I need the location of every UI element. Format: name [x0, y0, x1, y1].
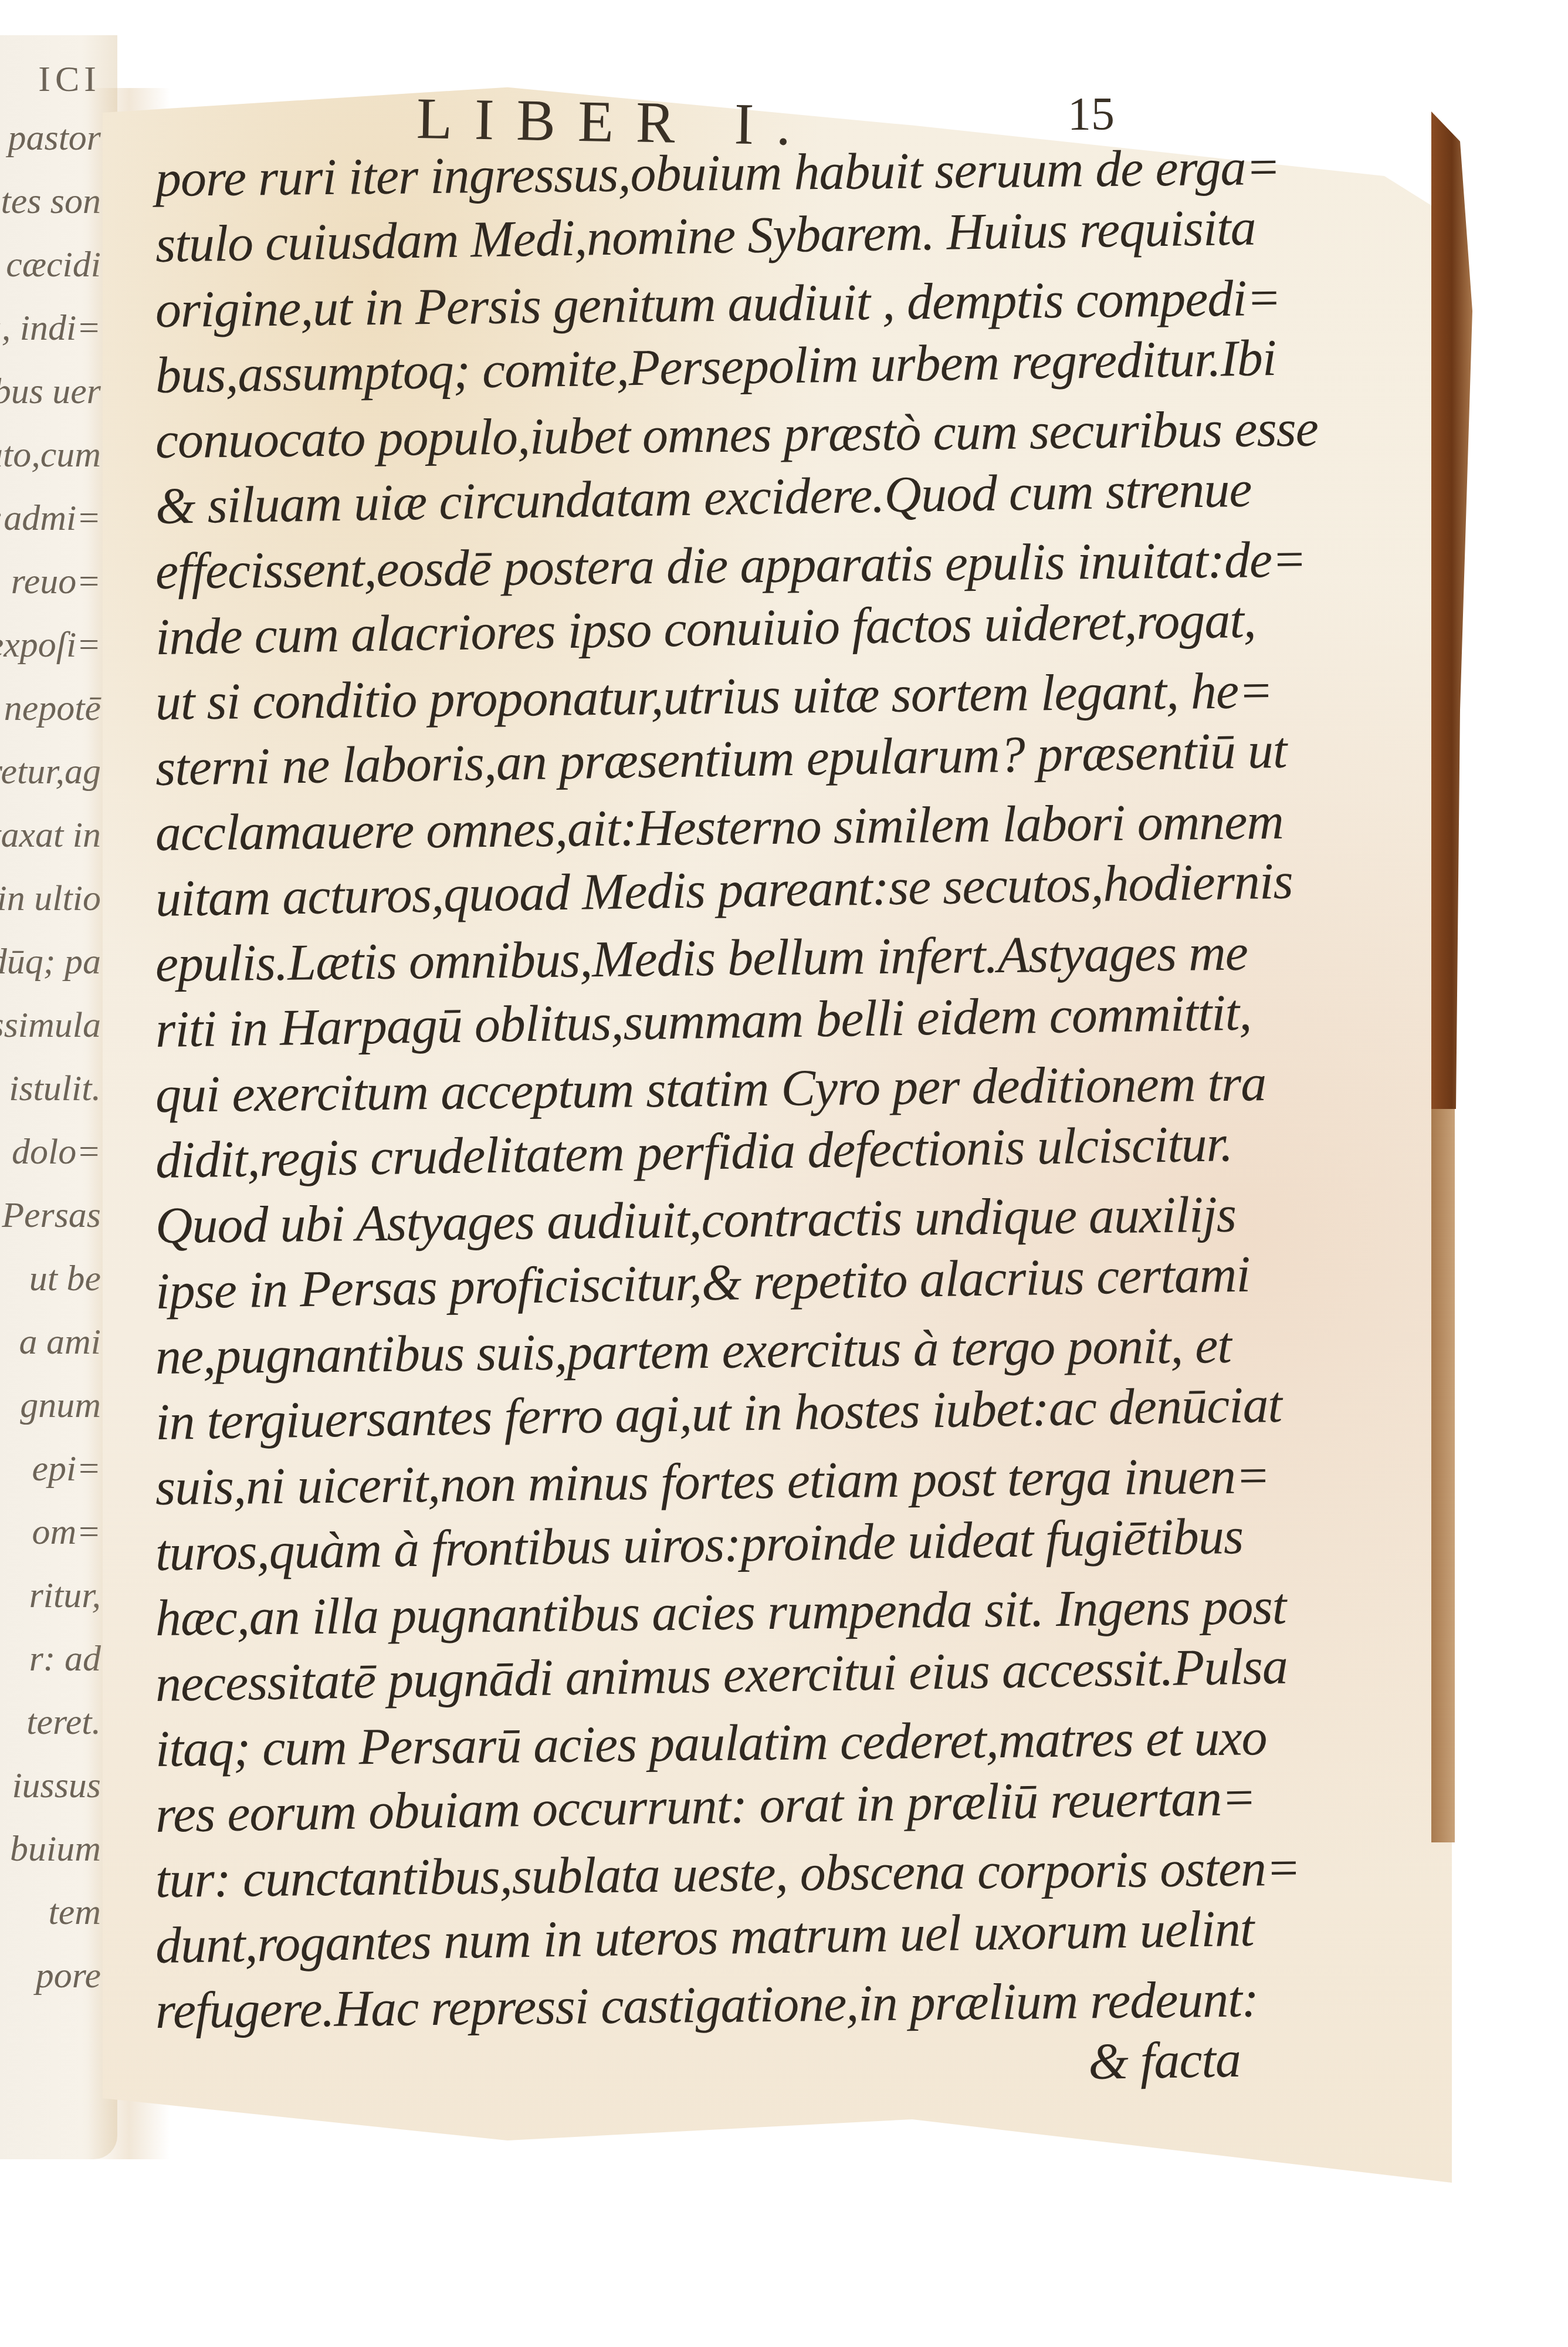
left-page-line: ellis cæcidi	[0, 244, 101, 286]
left-page-line: dentes son	[0, 181, 101, 222]
damaged-fore-edge	[1431, 111, 1472, 1109]
left-page-line: t:admi=	[0, 498, 101, 539]
left-page-line: iter pastor	[0, 117, 101, 159]
left-page-line: Persas	[2, 1195, 101, 1236]
left-page-line: lādūq; pa	[0, 941, 101, 983]
left-page-line: s,in ultio	[0, 878, 101, 919]
main-text-block: pore ruri iter ingressus,obuium habuit s…	[155, 147, 1241, 2109]
fore-edge-lower	[1431, 1109, 1455, 1842]
left-page-line: retur,ag	[0, 751, 101, 793]
left-page-line: expoſi=	[0, 624, 101, 666]
left-page-line: istulit.	[9, 1068, 101, 1110]
left-page-line: lata, indi=	[0, 307, 101, 349]
left-page-line: ūtaxat in	[0, 814, 101, 856]
left-page-line: , nepotē	[0, 688, 101, 729]
left-page-line: buium	[10, 1828, 101, 1870]
page-number: 15	[1068, 88, 1115, 141]
left-page-line: gato,cum	[0, 434, 101, 476]
left-page-line: q; reuo=	[0, 561, 101, 603]
left-page-line: dibus uer	[0, 371, 101, 412]
left-page-line: dissimula	[0, 1005, 101, 1046]
